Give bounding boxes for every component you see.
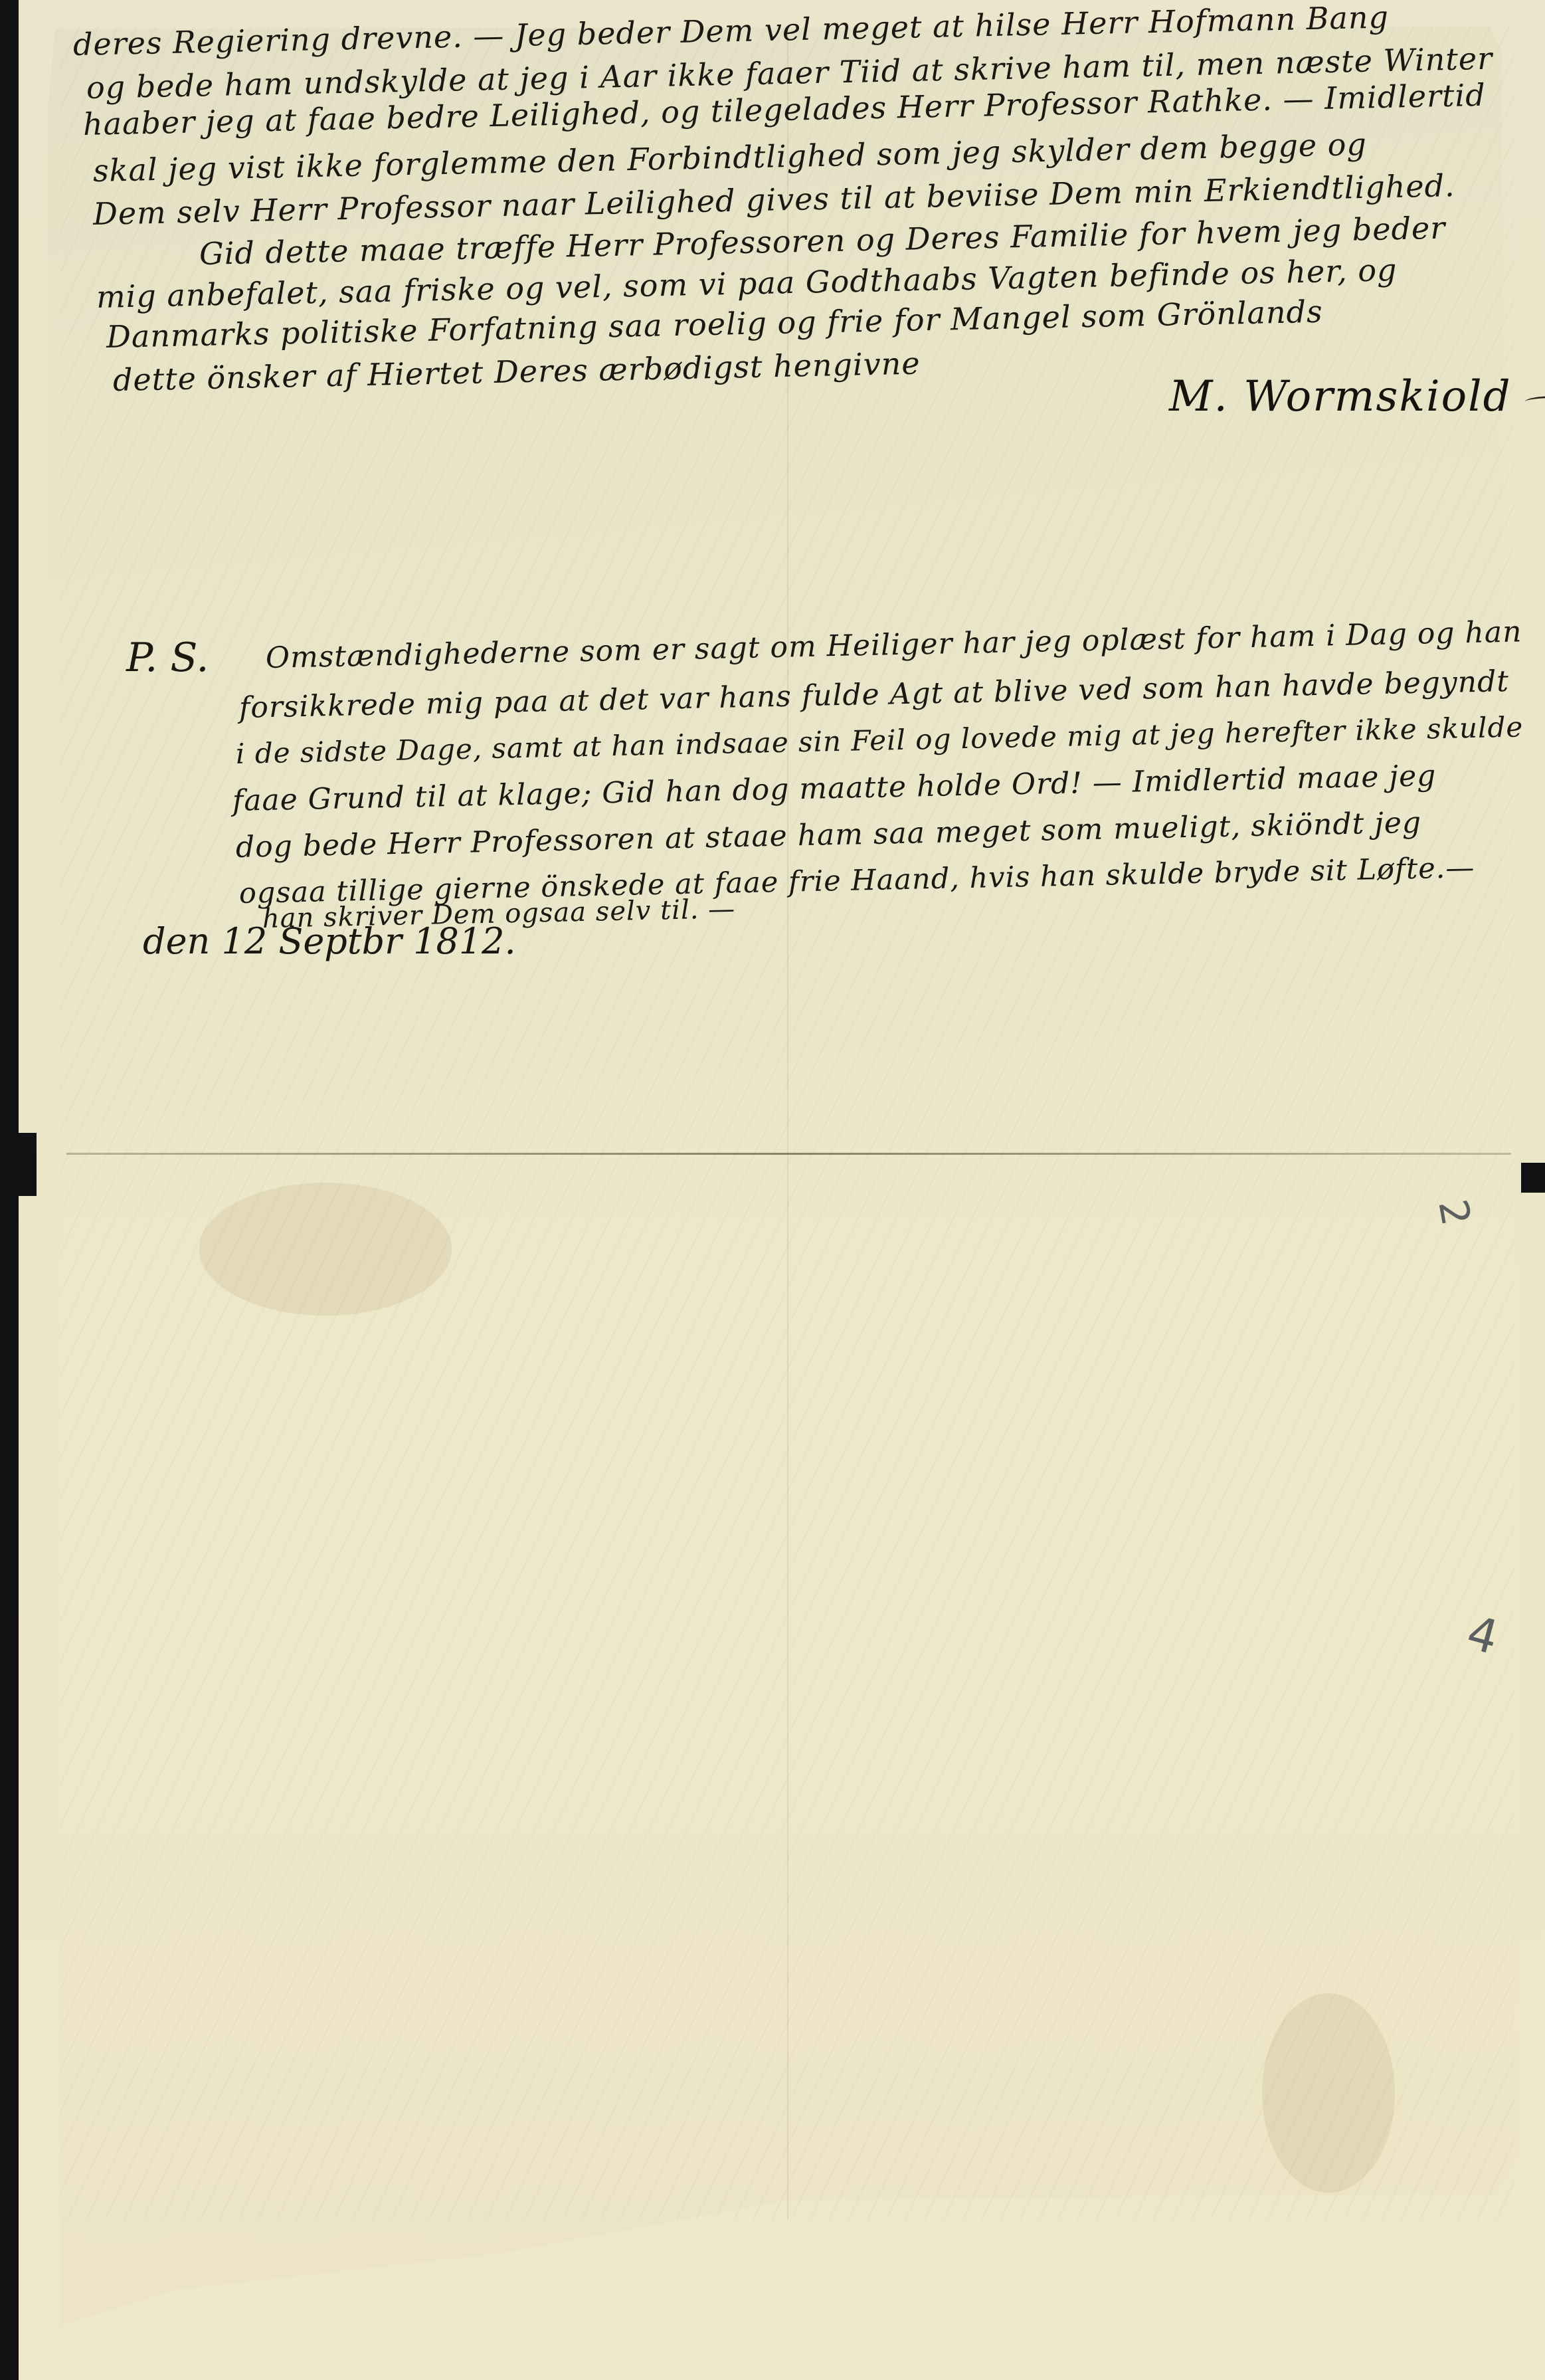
signature: M. Wormskiold <box>1169 372 1512 421</box>
scanner-gap-left <box>0 1133 37 1196</box>
letter-date: den 12 Septbr 1812. <box>143 920 516 962</box>
paper-stain <box>199 1183 452 1316</box>
horizontal-fold-crease <box>66 1153 1511 1155</box>
postscript-label: P. S. <box>126 635 209 681</box>
scanner-gap-right <box>1521 1163 1545 1193</box>
paper-stain <box>1262 1993 1395 2193</box>
